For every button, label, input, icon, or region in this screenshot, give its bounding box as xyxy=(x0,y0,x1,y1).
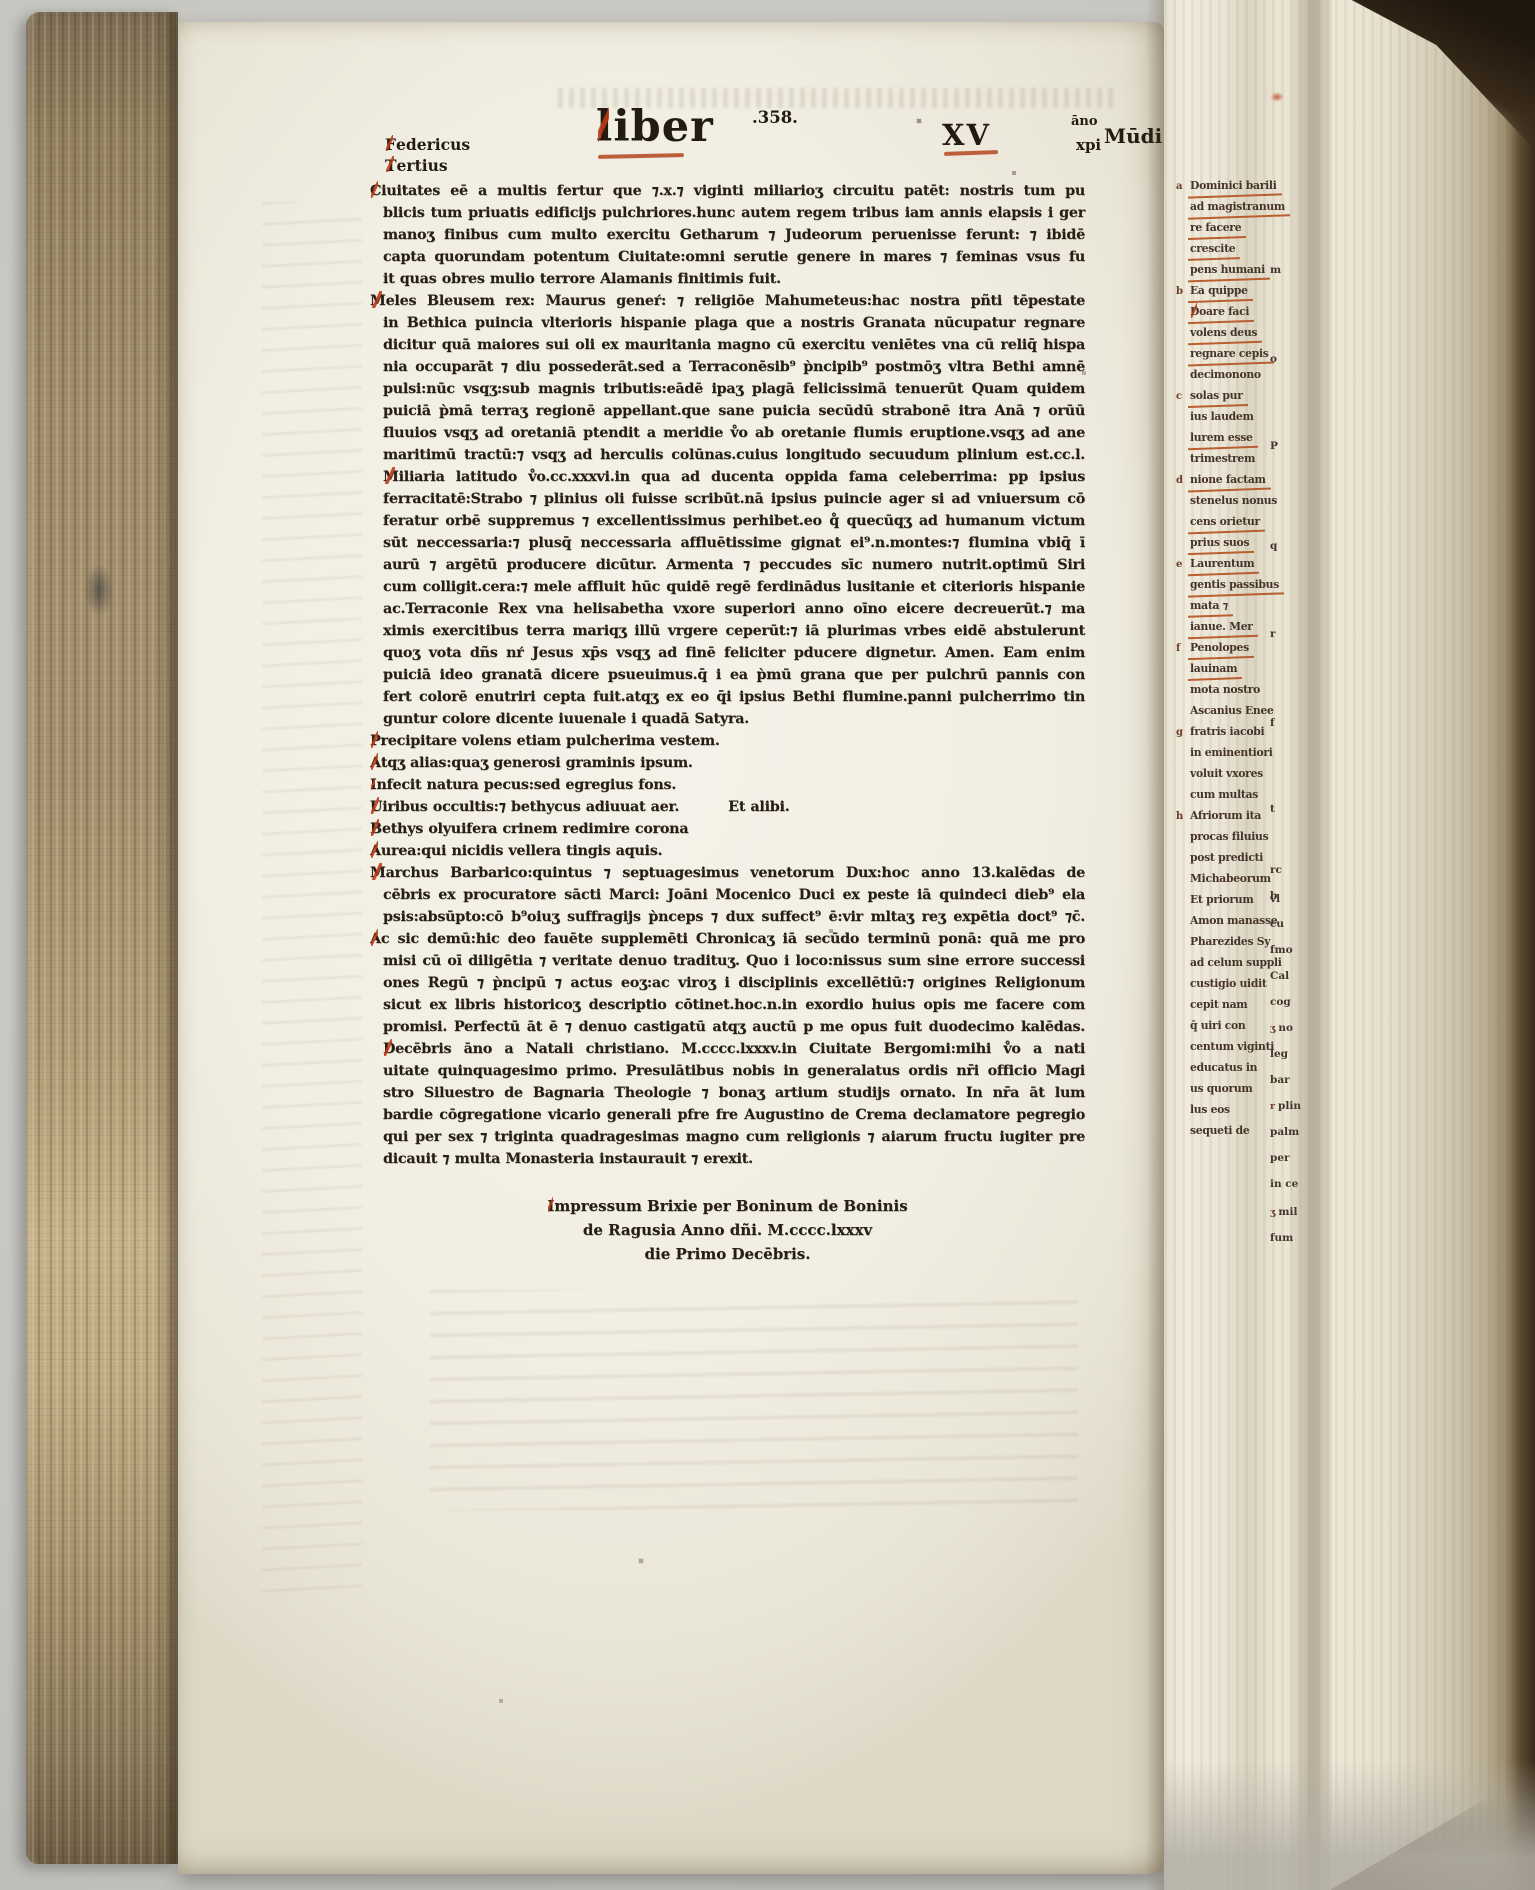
margin-entry-text: pens humani xyxy=(1190,260,1265,280)
text-line: Infecit natura pecus:sed egregius fons. xyxy=(370,774,1085,796)
colophon-line: die Primo Decēbris. xyxy=(370,1242,1085,1266)
margin-entry: q̄ uiri con xyxy=(1190,1016,1268,1037)
text-line: ac.Terraconie Rex vna helisabetha vxore … xyxy=(370,598,1085,620)
margin-entry: ad magistranum xyxy=(1190,197,1268,218)
text-line: promisi. Perfectū āt ē ⁊ denuo castigatū… xyxy=(370,1016,1085,1038)
margin-entry-text: Doare faci xyxy=(1190,302,1249,322)
margin-entry: sequeti de xyxy=(1190,1121,1268,1142)
margin-entry-marker: f xyxy=(1176,639,1180,659)
text-line: Ac sic demū:hic deo fauēte supplemēti Ch… xyxy=(370,928,1085,950)
far-section-letter: f xyxy=(1270,717,1275,729)
text-line: puiciā ideo granatā dicere psueuimus.q̄ … xyxy=(370,664,1085,686)
fore-edge-stain xyxy=(84,564,114,616)
margin-entry-marker: d xyxy=(1176,471,1183,491)
margin-entry-text: Et priorum xyxy=(1190,890,1253,910)
red-underline xyxy=(944,150,998,155)
margin-entry: post predicti xyxy=(1190,848,1268,869)
colophon-line: Impressum Brixie per Boninum de Boninis xyxy=(370,1194,1085,1218)
margin-entry-text: q̄ uiri con xyxy=(1190,1016,1245,1036)
margin-entry: ius laudem xyxy=(1190,407,1268,428)
margin-entry-marker: a xyxy=(1176,177,1182,197)
rubricated-initial: P xyxy=(370,730,381,752)
rubricated-initial: D xyxy=(1190,302,1199,322)
far-section-letter: t xyxy=(1270,803,1275,815)
margin-entry-text: Laurentum xyxy=(1190,554,1254,574)
margin-entry: Ascanius Enee xyxy=(1190,701,1268,722)
rubricated-initial: U xyxy=(370,796,382,818)
far-entry-marker: r xyxy=(1270,1101,1275,1112)
marginal-note-federicus-tertius: FedericusTertius xyxy=(385,134,470,176)
margin-entry: Amon manasse xyxy=(1190,911,1268,932)
margin-entry: crescite xyxy=(1190,239,1268,260)
far-section-letter: m xyxy=(1270,264,1281,276)
margin-entry-text: sequeti de xyxy=(1190,1121,1249,1141)
far-text-fragment: bar xyxy=(1270,1074,1290,1086)
text-line: maritimū tractū:⁊ vsqʒ ad herculis colūn… xyxy=(370,444,1085,466)
margin-entry: decimonono xyxy=(1190,365,1268,386)
margin-entry-text: ius laudem xyxy=(1190,407,1254,427)
text-line: Uiribus occultis:⁊ bethycus adiuuat aer.… xyxy=(370,796,1085,818)
text-line: dicauit ⁊ multa Monasteria instaurauit ⁊… xyxy=(370,1148,1085,1170)
margin-entry-marker: g xyxy=(1176,723,1183,743)
book-fore-edge xyxy=(26,12,178,1864)
rubricated-initial: F xyxy=(385,134,396,155)
rubricated-initial: A xyxy=(370,840,381,862)
text-line: ones Regū ⁊ p̀ncipū ⁊ actus eoʒ:ac viroʒ… xyxy=(370,972,1085,994)
ink-specks xyxy=(178,22,180,24)
anno-christi-label-top: āno xyxy=(1071,114,1098,129)
rubricated-initial: D xyxy=(383,1038,395,1060)
far-text-fragment: rc xyxy=(1270,864,1282,876)
page-bottom-fade xyxy=(1164,1760,1535,1890)
page-fold-shadow xyxy=(1288,0,1332,1890)
text-line: Aurea:qui nicidis vellera tingis aquis. xyxy=(370,840,1085,862)
margin-entry-text: procas filuius xyxy=(1190,827,1268,847)
show-through-smudge xyxy=(430,1290,1078,1510)
margin-entry: educatus in xyxy=(1190,1058,1268,1079)
margin-entry: bEa quippe xyxy=(1190,281,1268,302)
text-line: misi cū oī diligētia ⁊ veritate denuo tr… xyxy=(370,950,1085,972)
margin-entry: eLaurentum xyxy=(1190,554,1268,575)
far-text-fragment: per xyxy=(1270,1152,1290,1164)
margin-entry: aDominici barili xyxy=(1190,176,1268,197)
margin-entry: lurem esse xyxy=(1190,428,1268,449)
margin-entry-text: re facere xyxy=(1190,218,1241,238)
text-line: quoʒ vota dñs nŕ Jesus xp̄s vsqʒ ad finē… xyxy=(370,642,1085,664)
text-line: stro Siluestro de Bagnaria Theologie ⁊ b… xyxy=(370,1082,1085,1104)
far-text-fragment: vl xyxy=(1270,893,1280,905)
margin-entry: mota nostro xyxy=(1190,680,1268,701)
margin-entry: lus eos xyxy=(1190,1100,1268,1121)
far-entry-marker: ʒ xyxy=(1270,1023,1275,1034)
rubricated-initial: l xyxy=(596,102,613,152)
far-text-fragment: leg xyxy=(1270,1048,1288,1060)
margin-entry: cens orietur xyxy=(1190,512,1268,533)
margin-entry: re facere xyxy=(1190,218,1268,239)
margin-entry: trimestrem xyxy=(1190,449,1268,470)
margin-entry: ianue. Mer xyxy=(1190,617,1268,638)
rubricated-initial: M xyxy=(370,862,386,884)
margin-entry-text: custigio uidit xyxy=(1190,974,1267,994)
margin-entry: Doare faci xyxy=(1190,302,1268,323)
margin-entry: voluit vxores xyxy=(1190,764,1268,785)
text-line: manoʒ finibus cum multo exercitu Getharu… xyxy=(370,224,1085,246)
margin-entry-marker: b xyxy=(1176,282,1183,302)
rubricated-initial: I xyxy=(547,1194,554,1218)
margin-entry-text: trimestrem xyxy=(1190,449,1255,469)
text-line: Precipitare volens etiam pulcherima vest… xyxy=(370,730,1085,752)
margin-entry-text: Michabeorum xyxy=(1190,869,1271,889)
text-line: Meles Bleusem rex: Maurus geneŕ: ⁊ relig… xyxy=(370,290,1085,312)
margin-entry: procas filuius xyxy=(1190,827,1268,848)
text-line: sicut ex libris historicoʒ descriptio cō… xyxy=(370,994,1085,1016)
colophon: Impressum Brixie per Boninum de Boninisd… xyxy=(370,1194,1085,1266)
text-line: cum colligit.cera:⁊ mele affluit hūc qui… xyxy=(370,576,1085,598)
margin-entry-text: crescite xyxy=(1190,239,1235,259)
rubricated-initial: A xyxy=(370,928,381,950)
rubricated-initial: A xyxy=(370,752,381,774)
text-line: psis:absūpto:cō b⁹oiuʒ suffragijs p̀ncep… xyxy=(370,906,1085,928)
text-line: puiciā p̀mā terraʒ regionē appellant.que… xyxy=(370,400,1085,422)
far-section-letter: P xyxy=(1270,440,1278,452)
margin-entry-text: lurem esse xyxy=(1190,428,1253,448)
far-text-fragment: Cal xyxy=(1270,970,1289,982)
margin-entry: fPenolopes xyxy=(1190,638,1268,659)
left-page: FedericusTertius liber .358. XV āno xpi … xyxy=(178,22,1164,1874)
right-page-margin-annotations: aDominici bariliad magistranumre facerec… xyxy=(1190,176,1268,1142)
margin-entry: regnare cepis xyxy=(1190,344,1268,365)
text-line: Miliaria latitudo v̊o.cc.xxxvi.in qua ad… xyxy=(370,466,1085,488)
colophon-line: de Ragusia Anno dñi. M.cccc.lxxxv xyxy=(370,1218,1085,1242)
margin-entry-text: Penolopes xyxy=(1190,638,1249,658)
margin-entry-text: post predicti xyxy=(1190,848,1263,868)
margin-entry-text: regnare cepis xyxy=(1190,344,1269,364)
margin-entry-text: mata ⁊ xyxy=(1190,596,1228,616)
margin-entry-text: educatus in xyxy=(1190,1058,1257,1078)
margin-entry-text: mota nostro xyxy=(1190,680,1260,700)
margin-entry: mata ⁊ xyxy=(1190,596,1268,617)
text-line: blicis tum priuatis edificijs pulchriore… xyxy=(370,202,1085,224)
text-line: ximis exercitibus terra mariqʒ illū vrge… xyxy=(370,620,1085,642)
book-number: XV xyxy=(942,118,991,152)
margin-entry: us quorum xyxy=(1190,1079,1268,1100)
rubricated-initial: C xyxy=(370,180,381,202)
margin-entry-marker: c xyxy=(1176,387,1182,407)
text-line: uitate quinquagesimo primo. Presulātibus… xyxy=(370,1060,1085,1082)
text-line: nia occuparāt ⁊ diu possederāt.sed a Ter… xyxy=(370,356,1085,378)
margin-entry: in eminentiori xyxy=(1190,743,1268,764)
margin-entry: volens deus xyxy=(1190,323,1268,344)
margin-entry-text: Ea quippe xyxy=(1190,281,1248,301)
far-section-letter: r xyxy=(1270,628,1276,640)
red-underline xyxy=(598,153,684,159)
text-line: it quas obres mulio terrore Alamanis fin… xyxy=(370,268,1085,290)
margin-entry-text: nione factam xyxy=(1190,470,1266,490)
margin-entry: csolas pur xyxy=(1190,386,1268,407)
margin-entry-text: ianue. Mer xyxy=(1190,617,1253,637)
margin-entry-marker: e xyxy=(1176,555,1182,575)
margin-entry: stenelus nonus xyxy=(1190,491,1268,512)
text-line: Marchus Barbarico:quintus ⁊ septuagesimu… xyxy=(370,862,1085,884)
rubricated-initial: T xyxy=(385,155,397,176)
text-line: qui per sex ⁊ triginta quadragesimas mag… xyxy=(370,1126,1085,1148)
rubricated-initial: I xyxy=(370,774,376,796)
margin-entry: dnione factam xyxy=(1190,470,1268,491)
margin-entry: Et priorum xyxy=(1190,890,1268,911)
rubricated-initial: B xyxy=(370,818,382,840)
text-line: Ciuitates eē a multis fertur que ⁊.x.⁊ v… xyxy=(370,180,1085,202)
text-line: dicitur quā maiores sui oli ex mauritani… xyxy=(370,334,1085,356)
text-line: pulsi:nūc vsqʒ:sub magnis tributis:eādē … xyxy=(370,378,1085,400)
text-block: Ciuitates eē a multis fertur que ⁊.x.⁊ v… xyxy=(370,180,1085,1170)
text-line: fert colorē enutriri cepta fuit.atqʒ ex … xyxy=(370,686,1085,708)
book-photo: FedericusTertius liber .358. XV āno xpi … xyxy=(0,0,1535,1890)
margin-entry: pens humani xyxy=(1190,260,1268,281)
margin-entry: gfratris iacobi xyxy=(1190,722,1268,743)
margin-entry: ad celum suppli xyxy=(1190,953,1268,974)
margin-entry: hAfriorum ita xyxy=(1190,806,1268,827)
text-line: Atqʒ alias:quaʒ generosi graminis ipsum. xyxy=(370,752,1085,774)
text-line: capta quorundam potentum Ciuitate:omni s… xyxy=(370,246,1085,268)
far-entry-marker: ʒ xyxy=(1270,1207,1275,1218)
margin-entry: Michabeorum xyxy=(1190,869,1268,890)
margin-entry: cepit nam xyxy=(1190,995,1268,1016)
margin-entry: prius suos xyxy=(1190,533,1268,554)
margin-entry: gentis passibus xyxy=(1190,575,1268,596)
text-line: Decēbris āno a Natali christiano. M.cccc… xyxy=(370,1038,1085,1060)
rubricated-initial: M xyxy=(383,466,399,488)
marginal-note-line: Tertius xyxy=(385,155,470,176)
text-line: ferracitatē:Strabo ⁊ plinius oli fuisse … xyxy=(370,488,1085,510)
text-line: aurū ⁊ argētū producere dicūtur. Armenta… xyxy=(370,554,1085,576)
margin-entry-text: cum multas xyxy=(1190,785,1258,805)
margin-entry-text: Afriorum ita xyxy=(1190,806,1261,826)
margin-entry: custigio uidit xyxy=(1190,974,1268,995)
margin-entry: Pharezides Sy xyxy=(1190,932,1268,953)
anno-christi-label-bottom: xpi xyxy=(1076,136,1101,154)
margin-entry: cum multas xyxy=(1190,785,1268,806)
margin-entry-text: Pharezides Sy xyxy=(1190,932,1270,952)
margin-entry-text: prius suos xyxy=(1190,533,1249,553)
text-line: bardie cōgregatione vicario generali pfr… xyxy=(370,1104,1085,1126)
far-text-fragment: cu xyxy=(1270,918,1284,930)
show-through-smudge xyxy=(262,202,362,1592)
far-section-letter: o xyxy=(1270,353,1277,365)
text-line: sūt neccessaria:⁊ plusq̄ neccessaria aff… xyxy=(370,532,1085,554)
page-title: liber xyxy=(596,102,714,152)
margin-entry-text: lauinam xyxy=(1190,659,1237,679)
margin-entry-text: volens deus xyxy=(1190,323,1257,343)
marginal-note-line: Federicus xyxy=(385,134,470,155)
margin-entry-text: us quorum xyxy=(1190,1079,1253,1099)
folio-number: .358. xyxy=(752,108,798,127)
margin-entry: lauinam xyxy=(1190,659,1268,680)
margin-entry: centum viginti xyxy=(1190,1037,1268,1058)
margin-entry-marker: h xyxy=(1176,807,1183,827)
text-line: feratur orbē suppremus ⁊ excellentissimu… xyxy=(370,510,1085,532)
text-line: Bethys olyuifera crinem redimire corona xyxy=(370,818,1085,840)
margin-entry-text: solas pur xyxy=(1190,386,1243,406)
far-section-letter: q xyxy=(1270,540,1277,552)
margin-entry-text: cepit nam xyxy=(1190,995,1247,1015)
text-line: cēbris ex procuratore sācti Marci: Joāni… xyxy=(370,884,1085,906)
text-line: guntur colore dicente iuuenale i quadā S… xyxy=(370,708,1085,730)
margin-entry-text: voluit vxores xyxy=(1190,764,1263,784)
margin-entry-text: lus eos xyxy=(1190,1100,1230,1120)
text-line: fluuios vsqʒ ad oretaniā ptendit a merid… xyxy=(370,422,1085,444)
margin-entry-text: cens orietur xyxy=(1190,512,1260,532)
margin-entry-text: decimonono xyxy=(1190,365,1261,385)
margin-entry-text: fratris iacobi xyxy=(1190,722,1264,742)
text-line: in Bethica puincia vlterioris hispanie p… xyxy=(370,312,1085,334)
rubricated-initial: M xyxy=(370,290,386,312)
